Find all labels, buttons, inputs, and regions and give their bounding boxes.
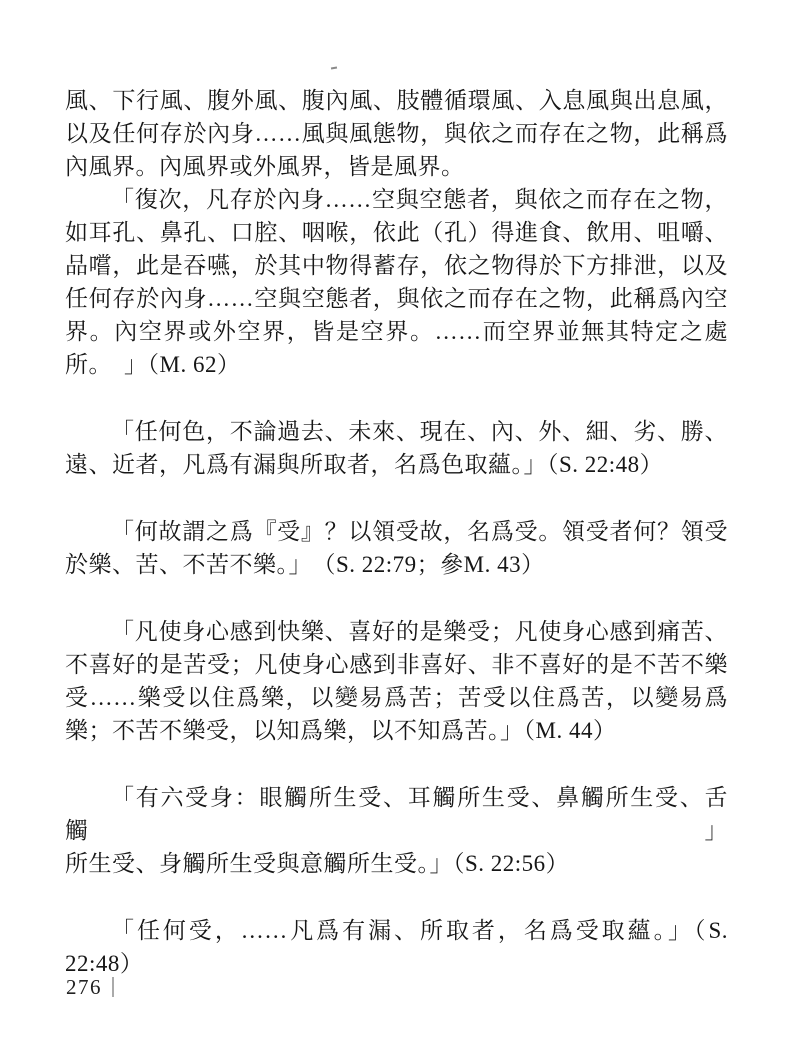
body-text: 風、下行風、腹外風、腹內風、肢體循環風、入息風與出息風，以及任何存於內身……風與…	[65, 84, 728, 980]
paragraph: 「有六受身：眼觸所生受、耳觸所生受、鼻觸所生受、舌觸」所生受、身觸所生受與意觸所…	[65, 781, 728, 880]
footer-divider-bar	[112, 977, 114, 997]
paragraph: 「任何受，……凡爲有漏、所取者，名爲受取蘊。」（S.22:48）	[65, 914, 728, 980]
text-line: 於樂、苦、不苦不樂。」 （S. 22:79；參M. 43）	[65, 548, 728, 581]
paragraph: 「凡使身心感到快樂、喜好的是樂受；凡使身心感到痛苦、不喜好的是苦受；凡使身心感到…	[65, 615, 728, 747]
paragraph: 「復次，凡存於內身……空與空態者，與依之而存在之物，如耳孔、鼻孔、口腔、咽喉，依…	[65, 183, 728, 381]
page-number: 276	[66, 975, 102, 1000]
text-line: 所生受、身觸所生受與意觸所生受。」（S. 22:56）	[65, 847, 728, 880]
text-line: 品嚐，此是吞嚥，於其中物得蓄存，依之物得於下方排泄，以及	[65, 249, 728, 282]
text-line: 「任何色，不論過去、未來、現在、內、外、細、劣、勝、	[65, 415, 728, 448]
text-line: 界。內空界或外空界，皆是空界。……而空界並無其特定之處	[65, 315, 728, 348]
text-line: 「有六受身：眼觸所生受、耳觸所生受、鼻觸所生受、舌觸」	[65, 781, 728, 847]
text-line: 不喜好的是苦受；凡使身心感到非喜好、非不喜好的是不苦不樂	[65, 648, 728, 681]
scan-artifact	[331, 66, 337, 69]
text-line: 如耳孔、鼻孔、口腔、咽喉，依此（孔）得進食、飲用、咀嚼、	[65, 216, 728, 249]
text-line: 22:48）	[65, 947, 728, 980]
page-footer: 276	[66, 973, 114, 1001]
paragraph: 風、下行風、腹外風、腹內風、肢體循環風、入息風與出息風，以及任何存於內身……風與…	[65, 84, 728, 183]
text-line: 受……樂受以住爲樂，以變易爲苦；苦受以住爲苦，以變易爲	[65, 681, 728, 714]
text-line: 以及任何存於內身……風與風態物，與依之而存在之物，此稱爲	[65, 117, 728, 150]
text-line: 樂；不苦不樂受，以知爲樂，以不知爲苦。」（M. 44）	[65, 714, 728, 747]
text-line: 內風界。內風界或外風界，皆是風界。	[65, 150, 728, 183]
paragraph: 「何故謂之爲『受』？以領受故，名爲受。領受者何？領受於樂、苦、不苦不樂。」 （S…	[65, 515, 728, 581]
text-line: 「復次，凡存於內身……空與空態者，與依之而存在之物，	[65, 183, 728, 216]
text-line: 「凡使身心感到快樂、喜好的是樂受；凡使身心感到痛苦、	[65, 615, 728, 648]
text-line: 風、下行風、腹外風、腹內風、肢體循環風、入息風與出息風，	[65, 84, 728, 117]
text-line: 「何故謂之爲『受』？以領受故，名爲受。領受者何？領受	[65, 515, 728, 548]
text-line: 遠、近者，凡爲有漏與所取者，名爲色取蘊。」（S. 22:48）	[65, 448, 728, 481]
text-line: 所。 」（M. 62）	[65, 348, 728, 381]
text-line: 「任何受，……凡爲有漏、所取者，名爲受取蘊。」（S.	[65, 914, 728, 947]
paragraph: 「任何色，不論過去、未來、現在、內、外、細、劣、勝、遠、近者，凡爲有漏與所取者，…	[65, 415, 728, 481]
text-line: 任何存於內身……空與空態者，與依之而存在之物，此稱爲內空	[65, 282, 728, 315]
book-page: 風、下行風、腹外風、腹內風、肢體循環風、入息風與出息風，以及任何存於內身……風與…	[0, 0, 792, 1056]
